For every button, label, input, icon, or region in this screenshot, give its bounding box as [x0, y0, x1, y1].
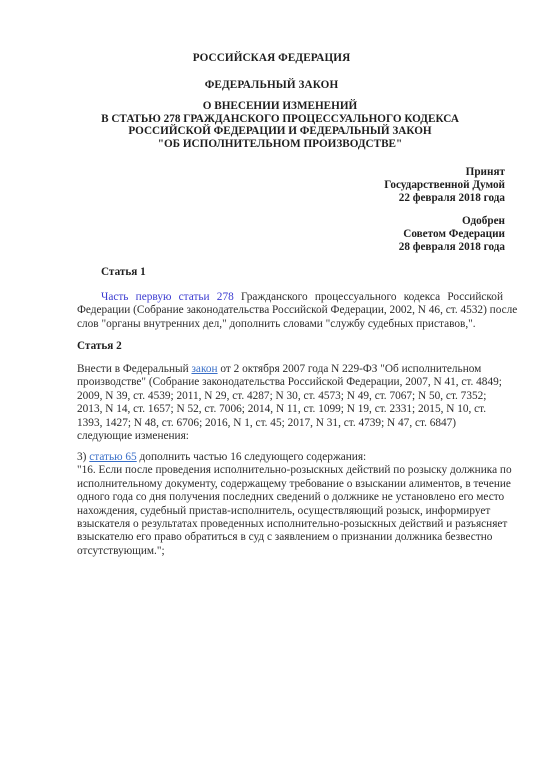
document-page: РОССИЙСКАЯ ФЕДЕРАЦИЯ ФЕДЕРАЛЬНЫЙ ЗАКОН О…: [0, 0, 543, 768]
article-2-line: следующие изменения:: [77, 430, 517, 443]
law-title-line: "ОБ ИСПОЛНИТЕЛЬНОМ ПРОИЗВОДСТВЕ": [90, 138, 470, 151]
quote-line: взыскателя о результатах проведенных исп…: [77, 518, 517, 531]
article-2-line: Внести в Федеральный закон от 2 октября …: [77, 363, 517, 376]
quote-line: одного года со дня получения последних с…: [77, 491, 517, 504]
article-1-line-text: Гражданского процессуального кодекса Рос…: [234, 291, 503, 303]
article-2-line-text: от 2 октября 2007 года N 229-ФЗ "Об испо…: [218, 363, 482, 375]
item-3-prefix: 3): [77, 451, 89, 463]
article-2-line: 2013, N 14, ст. 1657; N 52, ст. 7006; 20…: [77, 403, 517, 416]
country-heading: РОССИЙСКАЯ ФЕДЕРАЦИЯ: [0, 52, 543, 64]
approved-by: Советом Федерации: [399, 228, 505, 241]
adopted-date: 22 февраля 2018 года: [384, 192, 505, 205]
adopted-block: Принят Государственной Думой 22 февраля …: [384, 166, 505, 206]
quote-line: отсутствующим.";: [77, 545, 517, 558]
item-3-text: 3) статью 65 дополнить частью 16 следующ…: [77, 451, 517, 558]
quote-line: "16. Если после проведения исполнительно…: [77, 464, 517, 477]
article-1-heading: Статья 1: [101, 266, 146, 278]
article-2-line: 1393, 1427; N 48, ст. 6706; 2016, N 1, с…: [77, 417, 517, 430]
quote-line: нахождения, судебный пристав-исполнитель…: [77, 505, 517, 518]
article-65-link[interactable]: статью 65: [89, 451, 136, 463]
article-1-line: Федерации (Собрание законодательства Рос…: [77, 304, 503, 317]
law-link[interactable]: закон: [191, 363, 217, 375]
article-2-line-text: Внести в Федеральный: [77, 363, 191, 375]
article-2-line: 2009, N 39, ст. 4539; 2011, N 29, ст. 42…: [77, 390, 517, 403]
approved-date: 28 февраля 2018 года: [399, 241, 505, 254]
quote-line: взыскателю его право обратиться в суд с …: [77, 531, 517, 544]
article-2-text: Внести в Федеральный закон от 2 октября …: [77, 363, 517, 443]
article-2-line: производстве" (Собрание законодательства…: [77, 376, 517, 389]
adopted-by: Государственной Думой: [384, 179, 505, 192]
article-1-line: слов "органы внутренних дел," дополнить …: [77, 318, 503, 331]
article-1-line: Часть первую статьи 278 Гражданского про…: [77, 291, 503, 304]
law-title: О ВНЕСЕНИИ ИЗМЕНЕНИЙ В СТАТЬЮ 278 ГРАЖДА…: [90, 100, 470, 150]
approved-label: Одобрен: [399, 215, 505, 228]
item-3-intro: 3) статью 65 дополнить частью 16 следующ…: [77, 451, 517, 464]
adopted-label: Принят: [384, 166, 505, 179]
doc-type-heading: ФЕДЕРАЛЬНЫЙ ЗАКОН: [0, 79, 543, 91]
article-2-heading: Статья 2: [77, 340, 122, 352]
approved-block: Одобрен Советом Федерации 28 февраля 201…: [399, 215, 505, 255]
article-278-link[interactable]: Часть первую статьи 278: [101, 291, 234, 303]
law-title-line: В СТАТЬЮ 278 ГРАЖДАНСКОГО ПРОЦЕССУАЛЬНОГ…: [90, 113, 470, 126]
quote-line: исполнительному документу, содержащему т…: [77, 478, 517, 491]
item-3-text-rest: дополнить частью 16 следующего содержани…: [137, 451, 366, 463]
law-title-line: О ВНЕСЕНИИ ИЗМЕНЕНИЙ: [90, 100, 470, 113]
law-title-line: РОССИЙСКОЙ ФЕДЕРАЦИИ И ФЕДЕРАЛЬНЫЙ ЗАКОН: [90, 125, 470, 138]
article-1-text: Часть первую статьи 278 Гражданского про…: [77, 291, 503, 331]
